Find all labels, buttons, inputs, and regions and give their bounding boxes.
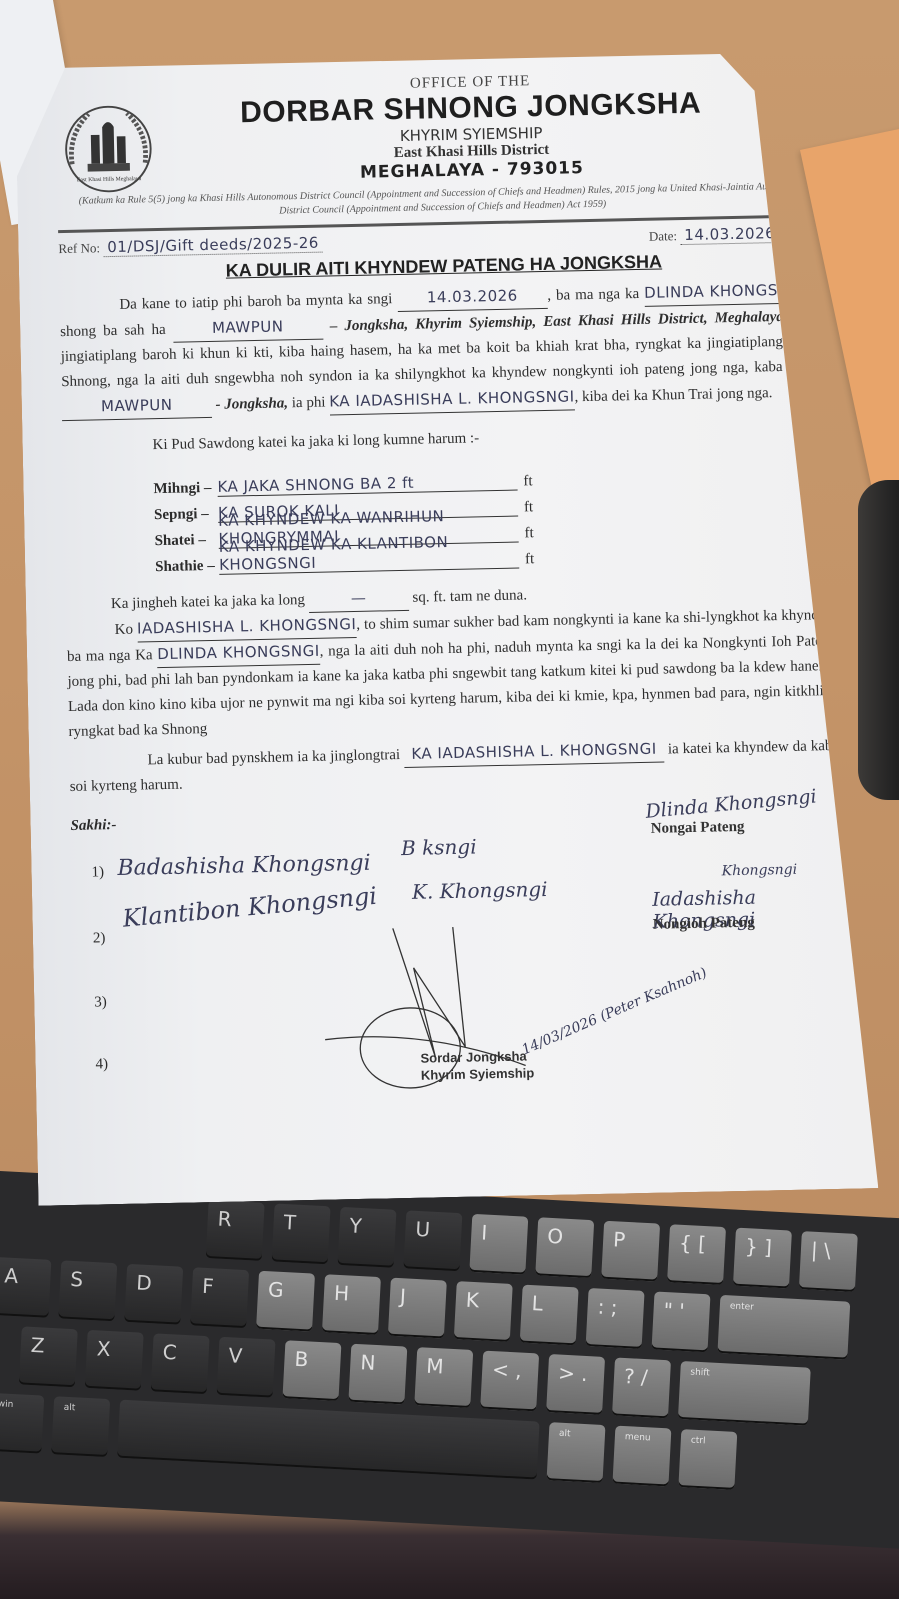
key-enter: enter <box>717 1295 850 1360</box>
key-ctrl: ctrl <box>678 1429 737 1490</box>
paragraph-1: Da kane to iatip phi baroh ba mynta ka s… <box>59 277 832 421</box>
key-U: U <box>403 1210 462 1271</box>
svg-text:East Khasi Hills Meghalaya: East Khasi Hills Meghalaya <box>77 176 142 183</box>
key-menu: menu <box>612 1426 671 1487</box>
paragraph-3: La kubur bad pynskhem ia ka jinglongtrai… <box>69 733 840 800</box>
key-B: B <box>282 1340 341 1401</box>
document-page: East Khasi Hills Meghalaya OFFICE OF THE… <box>14 18 878 1205</box>
key-sym: } ] <box>733 1228 792 1289</box>
date-value: 14.03.2026 <box>680 223 828 245</box>
witness-2-name: Klantibon Khongsngi <box>122 882 379 933</box>
key-sym: " ' <box>652 1291 711 1352</box>
key-sym: : ; <box>586 1288 645 1349</box>
boundary-row: Shathie –KA KHYNDEW KA KLANTIBON KHONGSN… <box>155 536 835 576</box>
key-N: N <box>348 1344 407 1405</box>
key-S: S <box>58 1260 117 1321</box>
key-sym: ? / <box>612 1357 671 1418</box>
key-Z: Z <box>19 1326 78 1387</box>
witness-1-name: Badashisha Khongsngi <box>117 851 371 881</box>
key-C: C <box>151 1333 210 1394</box>
dark-object <box>858 480 899 800</box>
key-K: K <box>454 1281 513 1342</box>
witness-1-signature: B ksngi <box>401 834 477 860</box>
key-alt: alt <box>51 1396 110 1457</box>
key-A: A <box>0 1257 51 1318</box>
key-sym: < , <box>480 1351 539 1412</box>
key-sym: { [ <box>667 1224 726 1285</box>
key-T: T <box>272 1203 331 1264</box>
key-D: D <box>124 1264 183 1325</box>
key-H: H <box>322 1274 381 1335</box>
key-Y: Y <box>338 1207 397 1268</box>
key-O: O <box>535 1217 594 1278</box>
key-X: X <box>85 1330 144 1391</box>
giver-role: Nongai Pateng <box>651 819 745 838</box>
key-space <box>117 1400 539 1480</box>
key-alt: alt <box>547 1422 606 1483</box>
receiver-name-2: IADASHISHA L. KHONGSNGI <box>137 612 357 643</box>
key-I: I <box>469 1214 528 1275</box>
key-V: V <box>217 1337 276 1398</box>
key-sym: > . <box>546 1354 605 1415</box>
key-R: R <box>206 1200 265 1261</box>
receiver-name-3: KA IADASHISHA L. KHONGSNGI <box>404 737 664 768</box>
headman-seal: Sordar Jongksha Khyrim Syiemship <box>420 1047 534 1083</box>
boundaries-intro: Ki Pud Sawdong katei ka jaka ki long kum… <box>152 419 832 458</box>
date-label: Date: <box>649 228 677 244</box>
key-sym: | \ <box>799 1231 858 1292</box>
boundaries-list: Mihngi –KA JAKA SHNONG BA 2 ftftSepngi –… <box>153 458 835 576</box>
boundary-value: KA KHYNDEW KA KLANTIBON KHONGSNGI <box>219 532 520 575</box>
keyboard: RTYUIOP{ [} ]| \ ASDFGHJKL: ;" 'enter ZX… <box>0 1170 899 1550</box>
deed-date: 14.03.2026 <box>397 283 548 312</box>
area-value: — <box>308 585 409 613</box>
boundary-label: Mihngi – <box>153 480 217 498</box>
key-M: M <box>414 1347 473 1408</box>
key-P: P <box>601 1221 660 1282</box>
receiver-name: KA IADASHISHA L. KHONGSNGI <box>329 384 575 415</box>
ref-value: 01/DSJ/Gift deeds/2025-26 <box>103 234 323 258</box>
boundary-label: Shatei – <box>154 532 218 550</box>
boundary-unit: ft <box>524 525 534 542</box>
boundary-unit: ft <box>524 499 534 516</box>
key-J: J <box>388 1278 447 1339</box>
boundary-unit: ft <box>523 473 533 490</box>
boundary-label: Shathie – <box>155 558 219 576</box>
key-G: G <box>256 1271 315 1332</box>
signature-block: 1) Badashisha Khongsngi B ksngi 2) Klant… <box>71 819 847 1115</box>
locality: MAWPUN <box>173 314 324 343</box>
key-shift: shift <box>678 1361 811 1426</box>
giver-name: DLINDA KHONGSNGI <box>644 277 807 306</box>
key-L: L <box>520 1285 579 1346</box>
giver-name-2: DLINDA KHONGSNGI <box>157 639 320 668</box>
locality-2: MAWPUN <box>62 392 213 421</box>
paragraph-2: Ko IADASHISHA L. KHONGSNGI, to shim suma… <box>66 602 838 745</box>
witness-2-signature: K. Khongsngi <box>412 877 548 904</box>
village-emblem-icon: East Khasi Hills Meghalaya <box>59 93 157 205</box>
boundary-unit: ft <box>525 551 535 568</box>
key-win: win <box>0 1393 44 1454</box>
key-F: F <box>190 1267 249 1328</box>
ref-label: Ref No: <box>58 240 100 256</box>
boundary-label: Sepngi – <box>154 506 218 524</box>
receiver-role: Nongioh Pateng <box>653 915 755 934</box>
